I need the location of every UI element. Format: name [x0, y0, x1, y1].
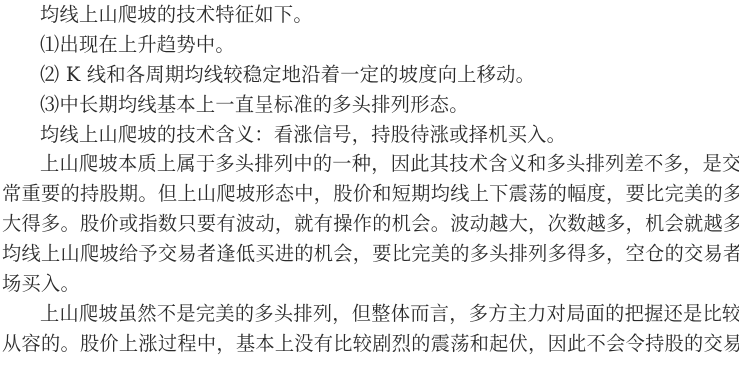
heading-features-intro: 均线上山爬坡的技术特征如下。 [40, 0, 313, 30]
paragraph-1-line-4: 均线上山爬坡给予交易者逢低买进的机会，要比完美的多头排列多得多，空仓的交易者可以… [2, 239, 737, 269]
feature-item-3: ⑶中长期均线基本上一直呈标准的多头排列形态。 [40, 90, 469, 120]
paragraph-2-line-2: 从容的。股价上涨过程中，基本上没有比较剧烈的震荡和起伏，因此不会令持股的交易者有… [2, 329, 737, 359]
feature-item-1: ⑴出现在上升趋势中。 [40, 30, 235, 60]
paragraph-1-line-1: 上山爬坡本质上属于多头排列中的一种，因此其技术含义和多头排列差不多，是交易者非 [40, 149, 737, 179]
paragraph-1-line-5: 场买入。 [2, 269, 80, 299]
paragraph-1-line-2: 常重要的持股期。但上山爬坡形态中，股价和短期均线上下震荡的幅度，要比完美的多头排… [2, 179, 737, 209]
paragraph-1-line-3: 大得多。股价或指数只要有波动，就有操作的机会。波动越大，次数越多，机会就越多，所… [2, 209, 737, 239]
technical-meaning-line: 均线上山爬坡的技术含义：看涨信号，持股待涨或择机买入。 [40, 120, 566, 150]
paragraph-2-line-1: 上山爬坡虽然不是完美的多头排列，但整体而言，多方主力对局面的把握还是比较主动和 [40, 299, 737, 329]
feature-item-2: ⑵ K 线和各周期均线较稳定地沿着一定的坡度向上移动。 [40, 60, 535, 90]
